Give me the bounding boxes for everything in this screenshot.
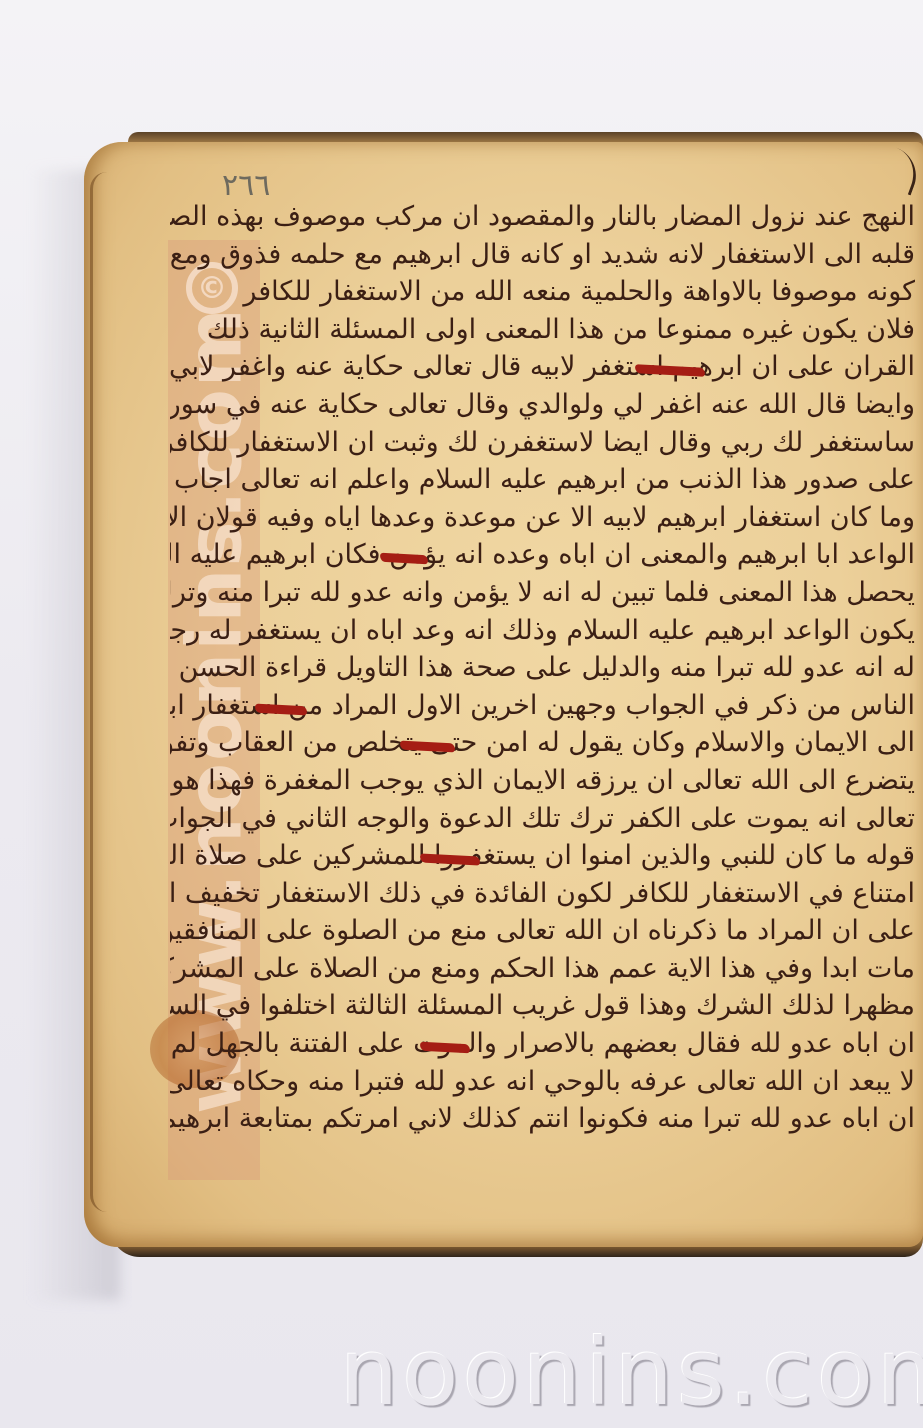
line-text: امتناع في الاستغفار للكافر لكون الفائدة … [170, 878, 915, 909]
line-text: ساستغفر لك ربي وقال ايضا لاستغفرن لك وثب… [170, 427, 915, 458]
manuscript-line: ساستغفر لك ربي وقال ايضا لاستغفرن لك وثب… [170, 424, 915, 462]
manuscript-line: امتناع في الاستغفار للكافر لكون الفائدة … [170, 875, 915, 913]
manuscript-line: ان اباه عدو لله تبرا منه فكونوا انتم كذل… [170, 1100, 915, 1138]
line-text: يكون الواعد ابرهيم عليه السلام وذلك انه … [170, 615, 915, 646]
line-text: لا يبعد ان الله تعالى عرفه بالوحي انه عد… [170, 1066, 915, 1097]
line-text: ان اباه عدو لله فقال بعضهم بالاصرار والم… [170, 1028, 915, 1059]
manuscript-line: وايضا قال الله عنه اغفر لي ولوالدي وقال … [170, 386, 915, 424]
bottom-watermark: noonins.com [340, 1318, 923, 1428]
manuscript-line: قوله ما كان للنبي والذين امنوا ان يستغفر… [170, 837, 915, 875]
line-text: وما كان استغفار ابرهيم لابيه الا عن موعد… [170, 502, 915, 533]
manuscript-line: له انه عدو لله تبرا منه والدليل على صحة … [170, 649, 915, 687]
line-text: تعالى انه يموت على الكفر ترك تلك الدعوة … [170, 803, 915, 834]
manuscript-line: الواعد ابا ابرهيم والمعنى ان اباه وعده ا… [170, 536, 915, 574]
manuscript-line: الناس من ذكر في الجواب وجهين اخرين الاول… [170, 687, 915, 725]
line-text: يحصل هذا المعنى فلما تبين له انه لا يؤمن… [170, 577, 915, 608]
line-text: له انه عدو لله تبرا منه والدليل على صحة … [170, 652, 915, 683]
line-text: قلبه الى الاستغفار لانه شديد او كانه قال… [170, 239, 915, 270]
manuscript-line: ان اباه عدو لله فقال بعضهم بالاصرار والم… [170, 1025, 915, 1063]
line-text: فلان يكون غيره ممنوعا من هذا المعنى اولى… [207, 314, 915, 345]
manuscript-line: النهج عند نزول المضار بالنار والمقصود ان… [170, 198, 915, 236]
line-text: مظهرا لذلك الشرك وهذا قول غريب المسئلة ا… [170, 990, 915, 1021]
manuscript-line: يتضرع الى الله تعالى ان يرزقه الايمان ال… [170, 762, 915, 800]
line-text: يتضرع الى الله تعالى ان يرزقه الايمان ال… [170, 765, 915, 796]
manuscript-line: لا يبعد ان الله تعالى عرفه بالوحي انه عد… [170, 1063, 915, 1101]
line-text: قوله ما كان للنبي والذين امنوا ان يستغفر… [170, 840, 915, 871]
manuscript-line: كونه موصوفا بالاواهة والحلمية منعه الله … [170, 273, 915, 311]
manuscript-line: مات ابدا وفي هذا الاية عمم هذا الحكم ومن… [170, 950, 915, 988]
manuscript-line: تعالى انه يموت على الكفر ترك تلك الدعوة … [170, 800, 915, 838]
line-text: مات ابدا وفي هذا الاية عمم هذا الحكم ومن… [170, 953, 915, 984]
manuscript-line: على ان المراد ما ذكرناه ان الله تعالى من… [170, 912, 915, 950]
line-text: القران على ان ابرهيم استغفر لابيه قال تع… [170, 351, 915, 382]
manuscript-line: الى الايمان والاسلام وكان يقول له امن حت… [170, 724, 915, 762]
line-text: النهج عند نزول المضار بالنار والمقصود ان… [170, 201, 915, 232]
manuscript-line: يكون الواعد ابرهيم عليه السلام وذلك انه … [170, 612, 915, 650]
line-text: الى الايمان والاسلام وكان يقول له امن حت… [170, 727, 915, 758]
manuscript-line: على صدور هذا الذنب من ابرهيم عليه السلام… [170, 461, 915, 499]
line-text: ان اباه عدو لله تبرا منه فكونوا انتم كذل… [170, 1103, 915, 1134]
manuscript-line: يحصل هذا المعنى فلما تبين له انه لا يؤمن… [170, 574, 915, 612]
manuscript-line: القران على ان ابرهيم استغفر لابيه قال تع… [170, 348, 915, 386]
line-text: الواعد ابا ابرهيم والمعنى ان اباه وعده ا… [170, 539, 915, 570]
manuscript-line: فلان يكون غيره ممنوعا من هذا المعنى اولى… [170, 311, 915, 349]
manuscript-line: مظهرا لذلك الشرك وهذا قول غريب المسئلة ا… [170, 987, 915, 1025]
line-text: كونه موصوفا بالاواهة والحلمية منعه الله … [243, 276, 915, 307]
line-text: وايضا قال الله عنه اغفر لي ولوالدي وقال … [170, 389, 915, 420]
manuscript-text: النهج عند نزول المضار بالنار والمقصود ان… [170, 198, 915, 1138]
manuscript-line: قلبه الى الاستغفار لانه شديد او كانه قال… [170, 236, 915, 274]
line-text: على صدور هذا الذنب من ابرهيم عليه السلام… [170, 464, 915, 495]
line-text: على ان المراد ما ذكرناه ان الله تعالى من… [170, 915, 915, 946]
manuscript-line: وما كان استغفار ابرهيم لابيه الا عن موعد… [170, 499, 915, 537]
